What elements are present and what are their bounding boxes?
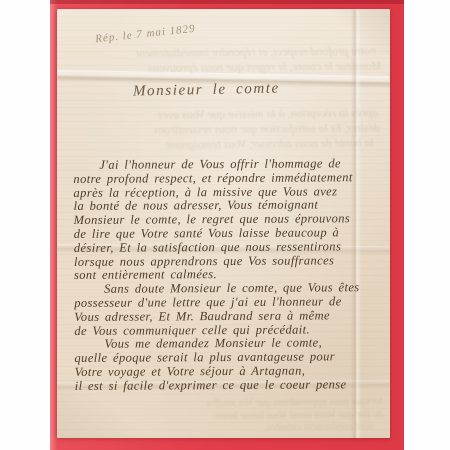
letter-body: J'ai l'honneur de Vous offrir l'hommage …	[73, 157, 386, 393]
reply-date-annotation: Rép. le 7 mai 1829	[95, 23, 196, 45]
showthrough-text: de lire que Votre santé Vous laisse beau…	[215, 409, 383, 422]
letter-line: possesseur d'une lettre que j'ai eu l'ho…	[74, 295, 386, 311]
paper-corner-shade	[330, 9, 390, 55]
showthrough-text: sont entièrement calmées.	[223, 421, 373, 434]
letter-photo-backdrop: notre profond respect, et répondre imméd…	[50, 0, 404, 450]
letter-line: notre profond respect, et répondre imméd…	[73, 171, 385, 187]
showthrough-text: après la réception, à la missive que Vou…	[67, 105, 378, 123]
showthrough-text: Monsieur le comte, le regret que nous ép…	[83, 58, 382, 76]
letter-paper: notre profond respect, et répondre imméd…	[57, 9, 390, 438]
letter-salutation: Monsieur le comte	[133, 80, 280, 100]
showthrough-text: notre profond respect, et répondre imméd…	[69, 43, 376, 61]
product-photo-canvas: notre profond respect, et répondre imméd…	[0, 0, 450, 450]
showthrough-text: lorsque nous apprendrons que Vos souffra…	[207, 396, 383, 409]
letter-line: désirer, Et la satisfaction que nous res…	[74, 240, 386, 256]
showthrough-text: la bonté de nous adresser, Vous témoigna…	[69, 135, 374, 153]
letter-line: il est si facile d'exprimer ce que le co…	[75, 378, 387, 394]
showthrough-text: désirer, Et la satisfaction que nous res…	[75, 120, 380, 138]
